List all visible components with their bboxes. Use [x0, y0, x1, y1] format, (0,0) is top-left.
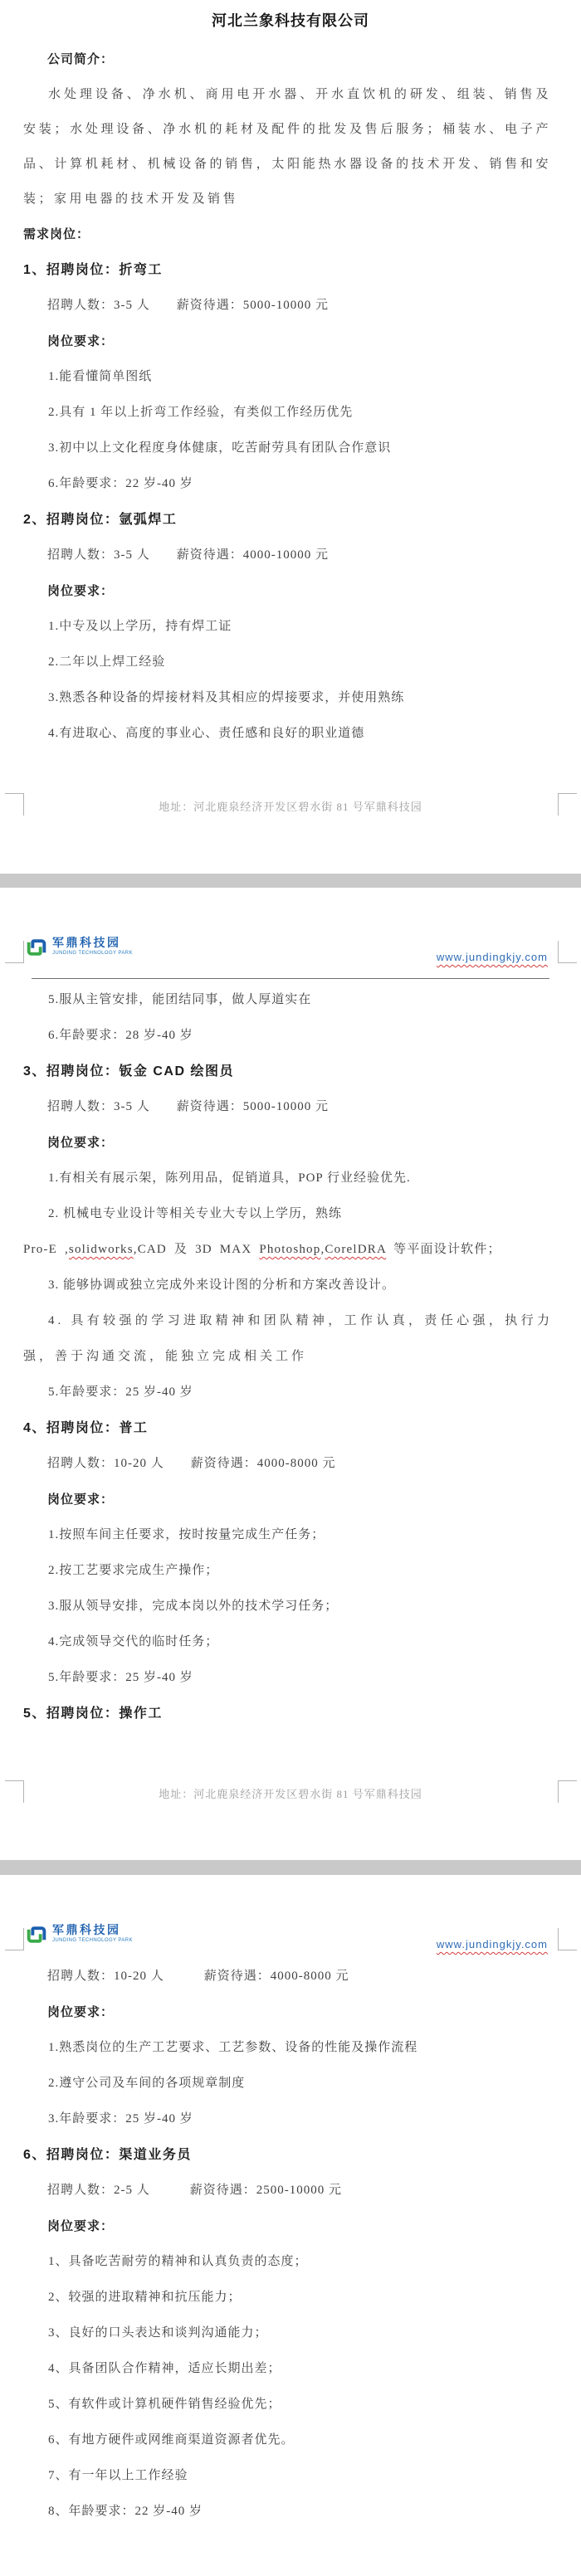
page-2: 军鼎科技园 JUNDING TECHNOLOGY PARK www.jundin…	[0, 888, 581, 1860]
page-header: 军鼎科技园 JUNDING TECHNOLOGY PARK www.jundin…	[25, 1875, 548, 1950]
junding-logo-text: 军鼎科技园 JUNDING TECHNOLOGY PARK	[52, 936, 133, 957]
section-label: 岗位要求：	[47, 1994, 581, 2030]
job-heading: 1、招聘岗位：折弯工	[23, 252, 581, 288]
footer-address: 地址：河北鹿泉经济开发区碧水街 81 号军鼎科技园	[0, 798, 581, 814]
requirement-item: 1.有相关有展示架，陈列用品，促销道具，POP 行业经验优先.	[23, 1161, 553, 1196]
software-list-line: Pro-E ,solidworks,CAD 及 3D MAX Photoshop…	[23, 1232, 553, 1268]
section-label: 岗位要求：	[47, 324, 581, 359]
job-heading: 6、招聘岗位：渠道业务员	[23, 2137, 581, 2173]
logo-en-label: JUNDING TECHNOLOGY PARK	[52, 950, 133, 957]
page-1: 河北兰象科技有限公司公司简介：水处理设备、净水机、商用电开水器、开水直饮机的研发…	[0, 0, 581, 874]
job-heading: 4、招聘岗位：普工	[23, 1410, 581, 1446]
job-detail: 招聘人数：3-5 人 薪资待遇：5000-10000 元	[47, 1089, 581, 1125]
logo-cn-label: 军鼎科技园	[52, 936, 133, 950]
requirement-item: 1.按照车间主任要求，按时按量完成生产任务；	[23, 1517, 553, 1553]
misspelled-word: CorelDRA	[325, 1243, 386, 1256]
page-1-blocks: 河北兰象科技有限公司公司简介：水处理设备、净水机、商用电开水器、开水直饮机的研发…	[0, 0, 581, 752]
intro-paragraph: 水处理设备、净水机、商用电开水器、开水直饮机的研发、组装、销售及安装；水处理设备…	[23, 77, 551, 217]
section-label: 岗位要求：	[47, 1125, 581, 1161]
crop-mark	[5, 941, 24, 963]
text-segment: Pro-E ,	[23, 1243, 69, 1256]
header-rule	[32, 978, 549, 979]
document-canvas: 河北兰象科技有限公司公司简介：水处理设备、净水机、商用电开水器、开水直饮机的研发…	[0, 0, 581, 2576]
requirement-item: 3.熟悉各种设备的焊接材料及其相应的焊接要求，并使用熟练	[23, 680, 553, 716]
requirement-item: 5.服从主管安排，能团结同事，做人厚道实在	[23, 982, 553, 1018]
junding-logo: 军鼎科技园 JUNDING TECHNOLOGY PARK	[25, 936, 133, 963]
requirement-item: 1.能看懂简单图纸	[23, 359, 553, 395]
requirement-item: 4.有进取心、高度的事业心、责任感和良好的职业道德	[23, 716, 553, 752]
requirement-item: 1.中专及以上学历，持有焊工证	[23, 609, 553, 645]
text-segment: 等平面设计软件；	[386, 1243, 501, 1256]
section-label: 公司简介：	[47, 41, 581, 77]
misspelled-word: solidworks	[69, 1243, 134, 1256]
doc-title: 河北兰象科技有限公司	[0, 0, 581, 41]
junding-logo-icon	[25, 936, 48, 963]
text-segment: ,CAD 及 3D MAX	[134, 1243, 260, 1256]
page-2-blocks: 5.服从主管安排，能团结同事，做人厚道实在6.年龄要求：28 岁-40 岁3、招…	[0, 982, 581, 1731]
requirement-item: 6、有地方硬件或网维商渠道资源者优先。	[23, 2423, 553, 2458]
job-detail: 招聘人数：10-20 人 薪资待遇：4000-8000 元	[47, 1446, 581, 1482]
footer-address: 地址：河北鹿泉经济开发区碧水街 81 号军鼎科技园	[0, 1785, 581, 1801]
requirement-item: 7、有一年以上工作经验	[23, 2458, 553, 2494]
junding-logo: 军鼎科技园 JUNDING TECHNOLOGY PARK	[25, 1923, 133, 1950]
job-detail: 招聘人数：2-5 人 薪资待遇：2500-10000 元	[47, 2173, 581, 2208]
crop-mark	[5, 1928, 24, 1950]
crop-mark	[558, 1928, 577, 1950]
requirement-item: 3.服从领导安排，完成本岗以外的技术学习任务；	[23, 1589, 553, 1624]
requirement-item: 8、年龄要求：22 岁-40 岁	[23, 2494, 553, 2530]
requirement-item: 2.具有 1 年以上折弯工作经验，有类似工作经历优先	[23, 395, 553, 431]
job-heading: 2、招聘岗位：氩弧焊工	[23, 502, 581, 538]
requirement-item: 2.按工艺要求完成生产操作；	[23, 1553, 553, 1589]
section-label: 岗位要求：	[47, 1482, 581, 1517]
requirement-item: 4.完成领导交代的临时任务；	[23, 1624, 553, 1660]
job-detail: 招聘人数：10-20 人 薪资待遇：4000-8000 元	[47, 1959, 581, 1994]
page-header: 军鼎科技园 JUNDING TECHNOLOGY PARK www.jundin…	[25, 888, 548, 963]
requirement-item: 3.初中以上文化程度身体健康，吃苦耐劳具有团队合作意识	[23, 431, 553, 466]
requirement-item: 3、良好的口头表达和谈判沟通能力；	[23, 2315, 553, 2351]
requirement-item: 1.熟悉岗位的生产工艺要求、工艺参数、设备的性能及操作流程	[23, 2030, 553, 2066]
crop-mark	[558, 941, 577, 963]
requirement-item: 6.年龄要求：22 岁-40 岁	[23, 466, 553, 502]
requirement-item: 5.年龄要求：25 岁-40 岁	[23, 1375, 553, 1410]
junding-logo-text: 军鼎科技园 JUNDING TECHNOLOGY PARK	[52, 1923, 133, 1945]
requirement-item: 3.年龄要求：25 岁-40 岁	[23, 2101, 553, 2137]
job-heading: 5、招聘岗位：操作工	[23, 1696, 581, 1731]
section-label: 需求岗位：	[23, 217, 581, 252]
website-link[interactable]: www.jundingkjy.com	[437, 1938, 548, 1950]
requirement-item: 2. 机械电专业设计等相关专业大专以上学历，熟练	[23, 1196, 553, 1232]
requirement-item: 4、具备团队合作精神，适应长期出差；	[23, 2351, 553, 2387]
requirement-item: 5.年龄要求：25 岁-40 岁	[23, 1660, 553, 1696]
requirement-item: 6.年龄要求：28 岁-40 岁	[23, 1018, 553, 1054]
job-detail: 招聘人数：3-5 人 薪资待遇：5000-10000 元	[47, 288, 581, 324]
job-detail: 招聘人数：3-5 人 薪资待遇：4000-10000 元	[47, 538, 581, 573]
section-label: 岗位要求：	[47, 573, 581, 609]
logo-cn-label: 军鼎科技园	[52, 1923, 133, 1937]
misspelled-word: Photoshop	[259, 1243, 320, 1256]
requirement-item: 5、有软件或计算机硬件销售经验优先；	[23, 2387, 553, 2423]
requirement-item: 2.遵守公司及车间的各项规章制度	[23, 2066, 553, 2101]
page-3: 军鼎科技园 JUNDING TECHNOLOGY PARK www.jundin…	[0, 1875, 581, 2576]
page-separator	[0, 874, 581, 888]
requirement-item: 1、具备吃苦耐劳的精神和认真负责的态度；	[23, 2244, 553, 2280]
logo-en-label: JUNDING TECHNOLOGY PARK	[52, 1937, 133, 1945]
website-link[interactable]: www.jundingkjy.com	[437, 951, 548, 963]
requirement-item: 4. 具有较强的学习进取精神和团队精神，工作认真，责任心强，执行力强，善于沟通交…	[23, 1303, 553, 1375]
requirement-item: 2、较强的进取精神和抗压能力；	[23, 2280, 553, 2315]
job-heading: 3、招聘岗位：钣金 CAD 绘图员	[23, 1054, 581, 1089]
page-separator	[0, 1860, 581, 1875]
junding-logo-icon	[25, 1923, 48, 1950]
section-label: 岗位要求：	[47, 2208, 581, 2244]
requirement-item: 2.二年以上焊工经验	[23, 645, 553, 680]
requirement-item: 3. 能够协调或独立完成外来设计图的分析和方案改善设计。	[23, 1268, 553, 1303]
page-3-blocks: 招聘人数：10-20 人 薪资待遇：4000-8000 元岗位要求：1.熟悉岗位…	[0, 1959, 581, 2530]
